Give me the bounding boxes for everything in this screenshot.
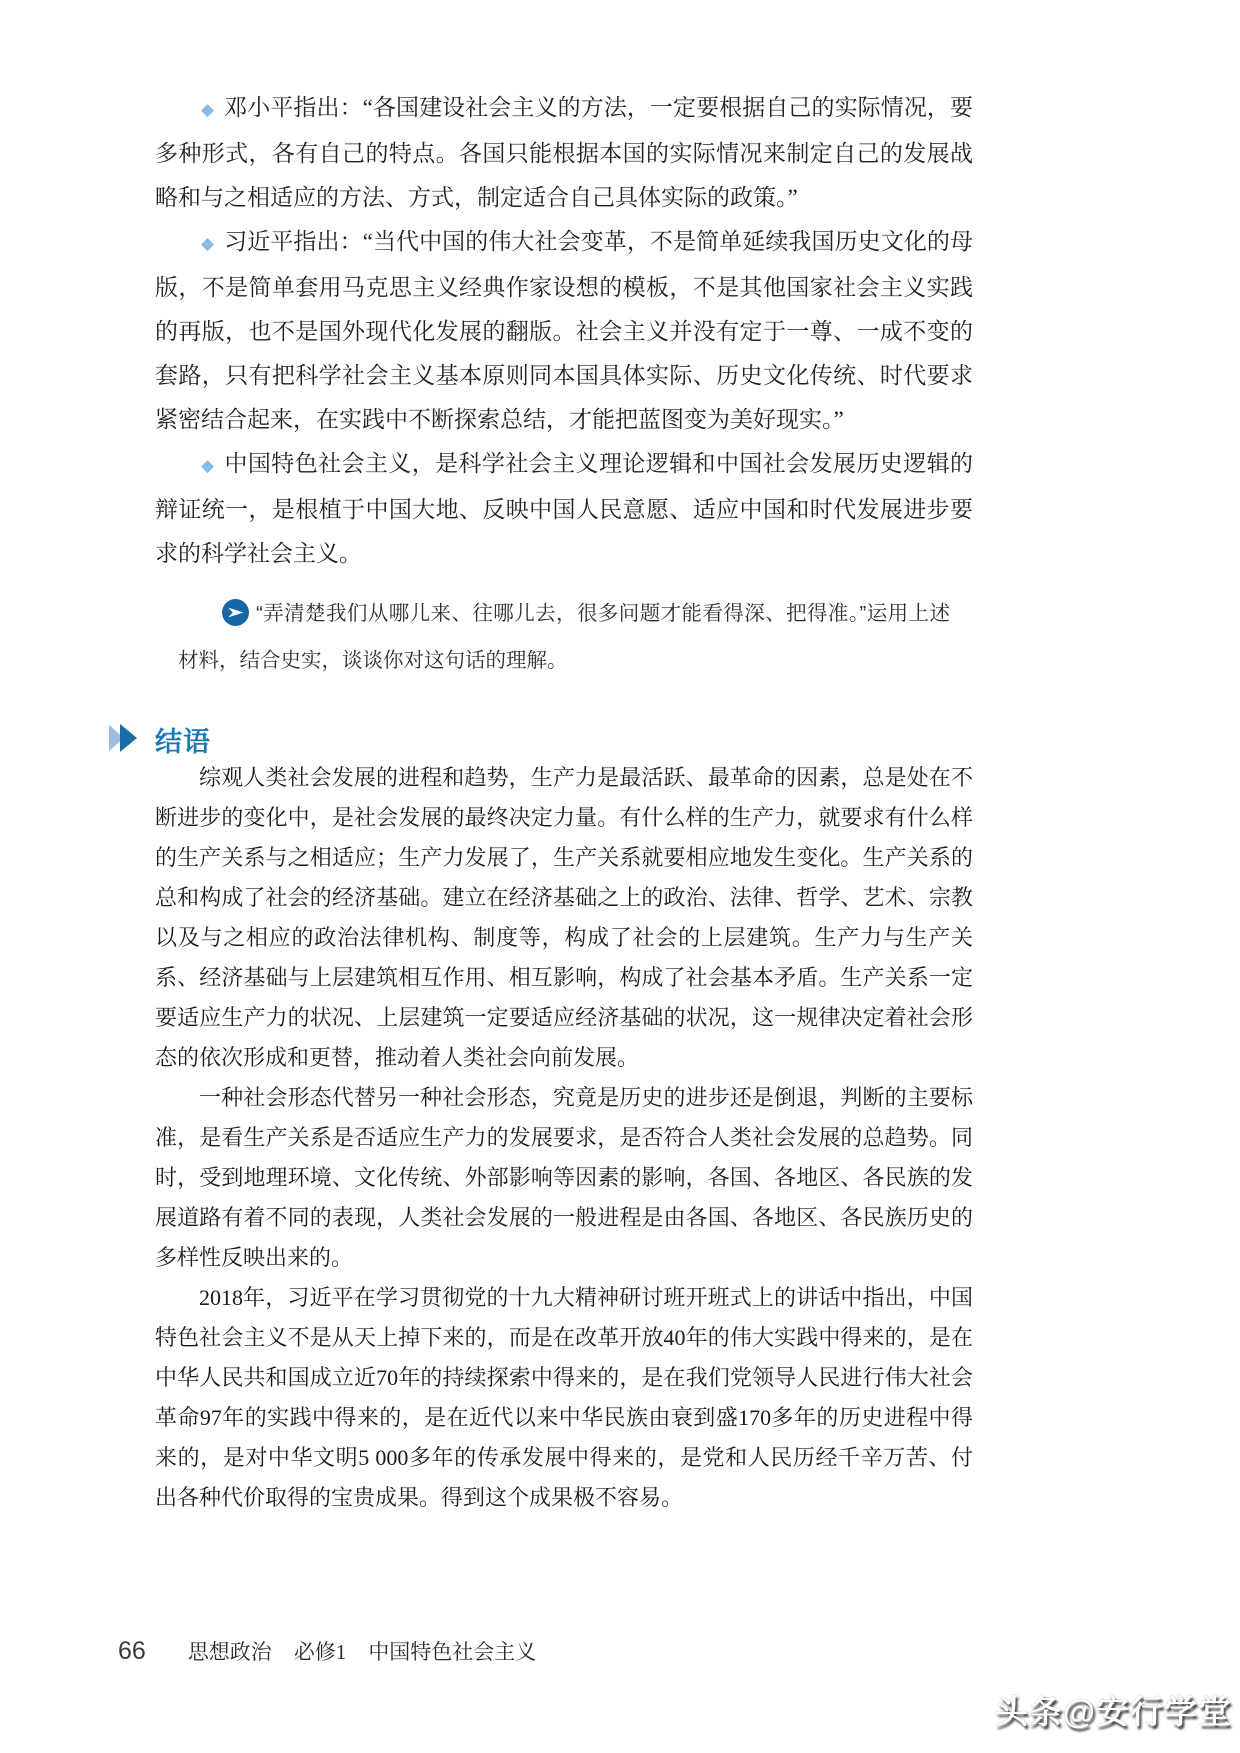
footer-book-title: 中国特色社会主义 [368, 1636, 536, 1666]
intro-bullet-xi: ◆习近平指出：“当代中国的伟大社会变革，不是简单延续我国历史文化的母版，不是简单… [155, 220, 973, 442]
conclusion-body: 综观人类社会发展的进程和趋势，生产力是最活跃、最革命的因素，总是处在不断进步的变… [155, 758, 973, 1518]
diamond-bullet-icon: ◆ [201, 100, 214, 120]
section-title: 结语 [155, 720, 973, 759]
intro-bullets-section: ◆邓小平指出：“各国建设社会主义的方法，一定要根据自己的实际情况，要多种形式，各… [155, 86, 973, 576]
conclusion-paragraph-2: 一种社会形态代替另一种社会形态，究竟是历史的进步还是倒退，判断的主要标准，是看生… [155, 1078, 973, 1278]
diamond-bullet-icon: ◆ [201, 234, 214, 254]
arrow-circle-icon [200, 599, 249, 626]
page-number: 66 [118, 1637, 146, 1666]
conclusion-section-header: 结语 [155, 720, 973, 760]
intro-bullet-xi-text: 习近平指出：“当代中国的伟大社会变革，不是简单延续我国历史文化的母版，不是简单套… [155, 229, 973, 432]
watermark: 头条@安行学堂 [995, 1686, 1232, 1733]
activity-question-block: “弄清楚我们从哪儿来、往哪儿去，很多问题才能看得深、把得准。”运用上述材料，结合… [155, 590, 950, 684]
intro-bullet-deng-text: 邓小平指出：“各国建设社会主义的方法，一定要根据自己的实际情况，要多种形式，各有… [155, 95, 973, 210]
page-footer: 66 思想政治 必修1 中国特色社会主义 [118, 1636, 536, 1666]
intro-bullet-socialism: ◆中国特色社会主义，是科学社会主义理论逻辑和中国社会发展历史逻辑的辩证统一，是根… [155, 442, 973, 576]
conclusion-paragraph-3: 2018年，习近平在学习贯彻党的十九大精神研讨班开班式上的讲话中指出，中国特色社… [155, 1278, 973, 1518]
intro-bullet-socialism-text: 中国特色社会主义，是科学社会主义理论逻辑和中国社会发展历史逻辑的辩证统一，是根植… [155, 451, 973, 566]
conclusion-paragraph-1: 综观人类社会发展的进程和趋势，生产力是最活跃、最革命的因素，总是处在不断进步的变… [155, 758, 973, 1078]
diamond-bullet-icon: ◆ [201, 456, 214, 476]
footer-module: 必修1 [294, 1636, 347, 1666]
footer-course: 思想政治 [188, 1636, 272, 1666]
activity-question-text: “弄清楚我们从哪儿来、往哪儿去，很多问题才能看得深、把得准。”运用上述材料，结合… [178, 602, 950, 672]
intro-bullet-deng: ◆邓小平指出：“各国建设社会主义的方法，一定要根据自己的实际情况，要多种形式，各… [155, 86, 973, 220]
double-triangle-icon [109, 724, 149, 752]
